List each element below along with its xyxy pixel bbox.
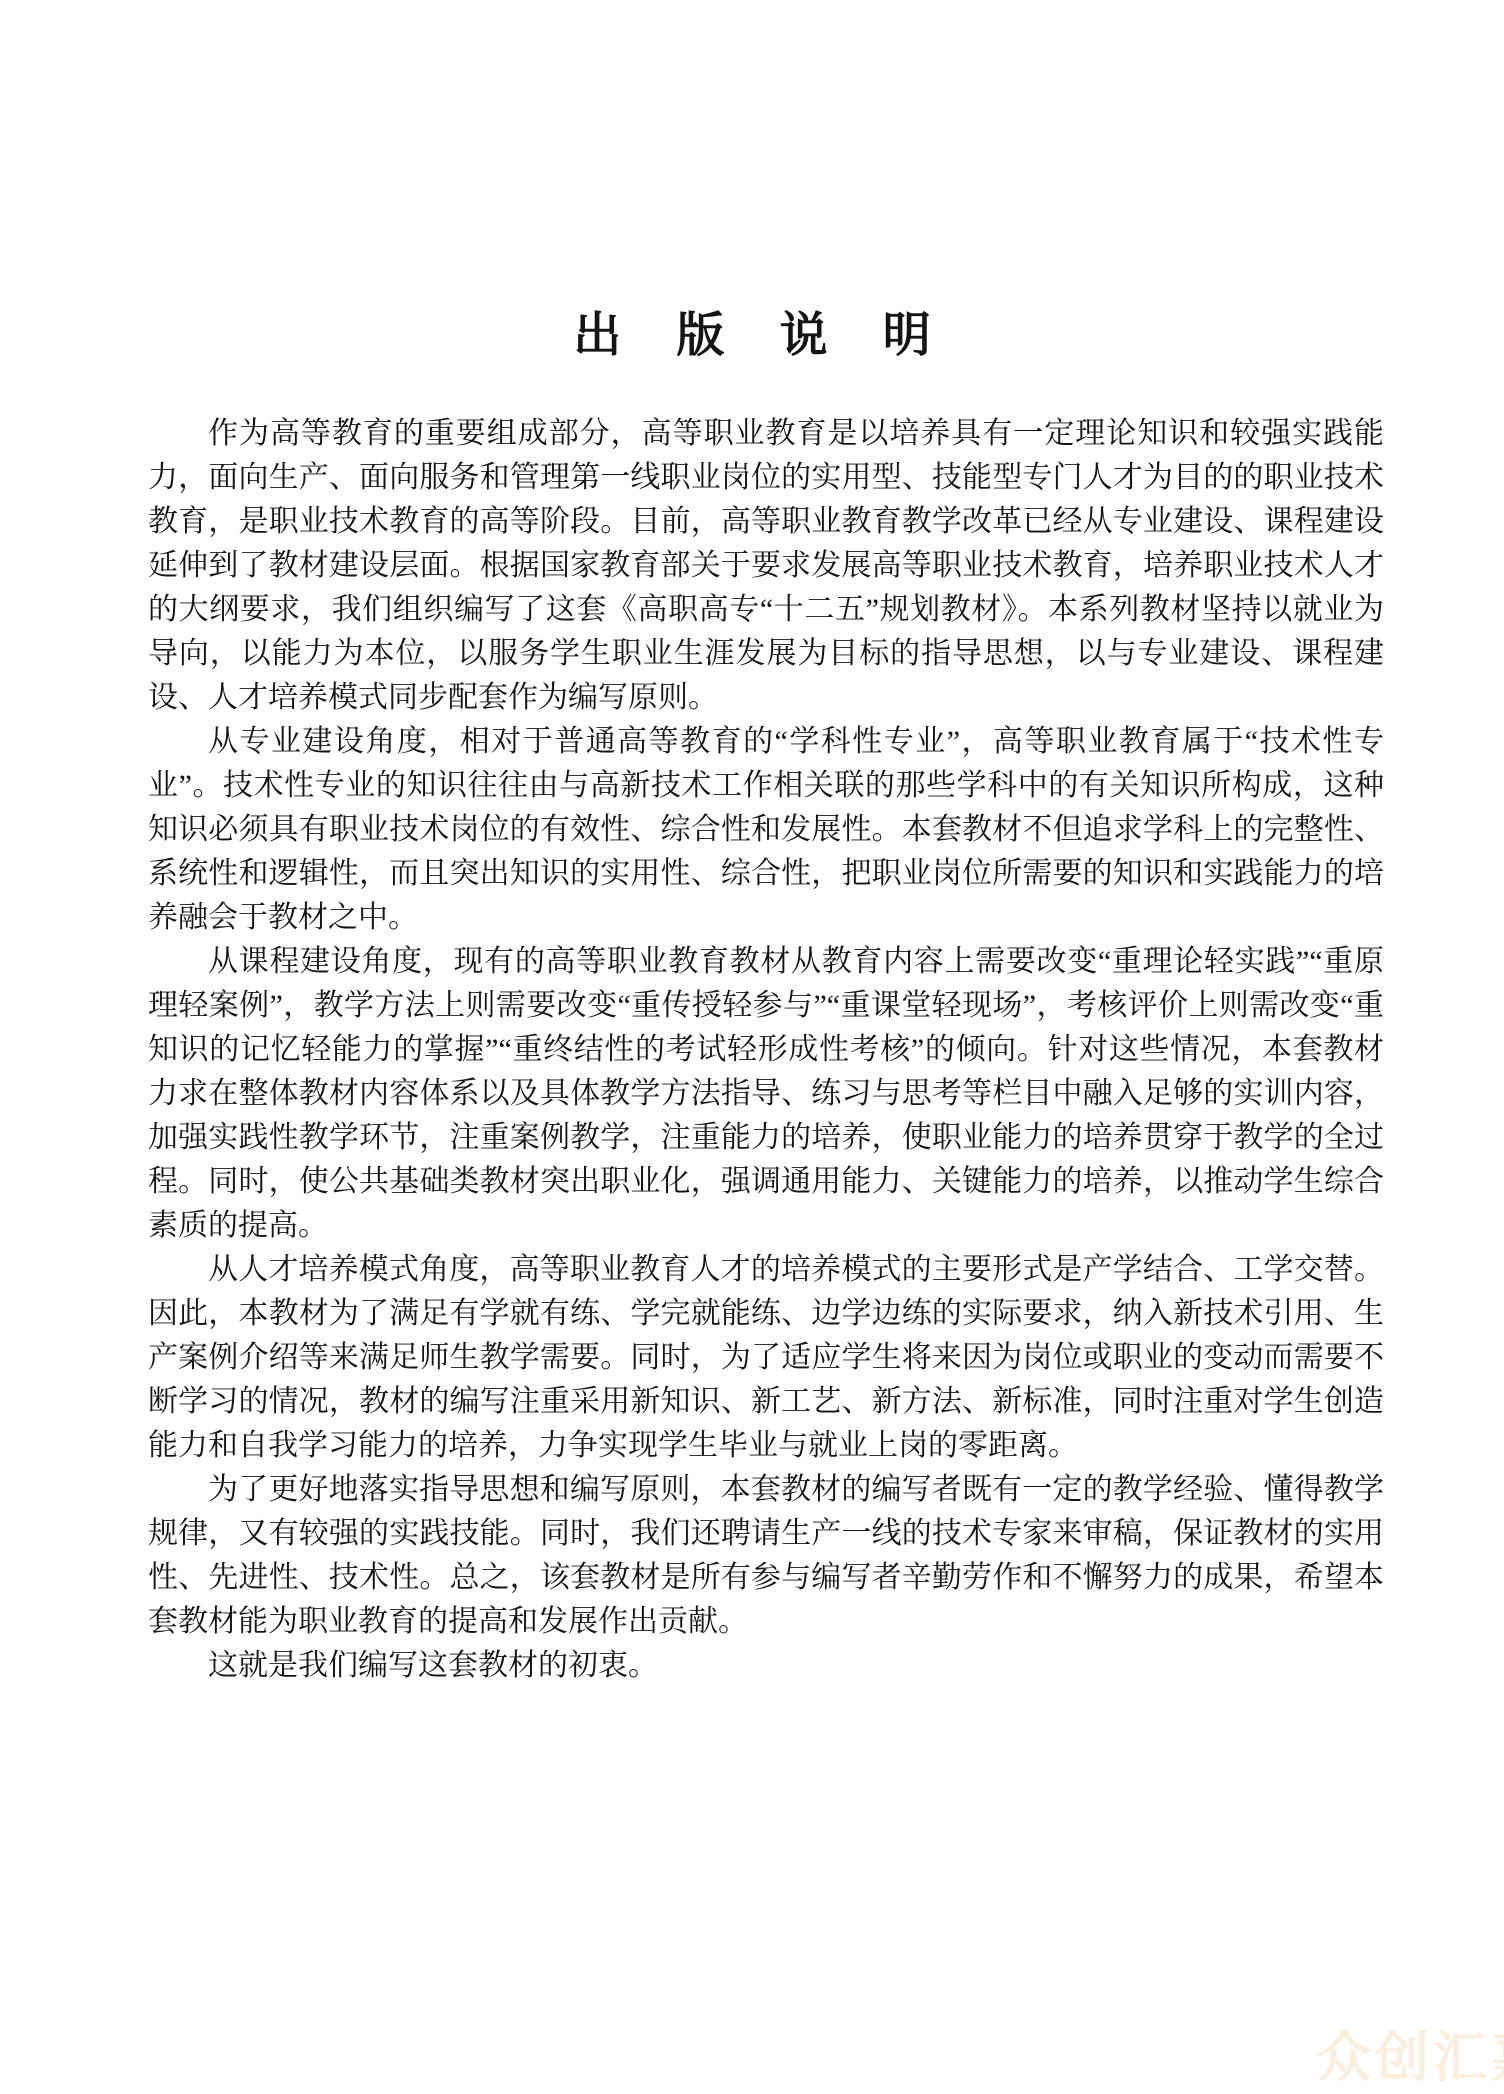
document-page: 出 版 说 明 作为高等教育的重要组成部分，高等职业教育是以培养具有一定理论知识… (0, 0, 1504, 2094)
paragraph-5: 为了更好地落实指导思想和编写原则，本套教材的编写者既有一定的教学经验、懂得教学规… (148, 1468, 1384, 1644)
page-title: 出 版 说 明 (0, 296, 1504, 365)
paragraph-4: 从人才培养模式角度，高等职业教育人才的培养模式的主要形式是产学结合、工学交替。因… (148, 1248, 1384, 1468)
paragraph-6: 这就是我们编写这套教材的初衷。 (148, 1644, 1384, 1688)
watermark: 众创汇嘉 (1317, 2015, 1504, 2092)
paragraph-2: 从专业建设角度，相对于普通高等教育的“学科性专业”，高等职业教育属于“技术性专业… (148, 720, 1384, 940)
body-text: 作为高等教育的重要组成部分，高等职业教育是以培养具有一定理论知识和较强实践能力，… (148, 412, 1384, 1688)
paragraph-1: 作为高等教育的重要组成部分，高等职业教育是以培养具有一定理论知识和较强实践能力，… (148, 412, 1384, 720)
paragraph-3: 从课程建设角度，现有的高等职业教育教材从教育内容上需要改变“重理论轻实践”“重原… (148, 940, 1384, 1248)
